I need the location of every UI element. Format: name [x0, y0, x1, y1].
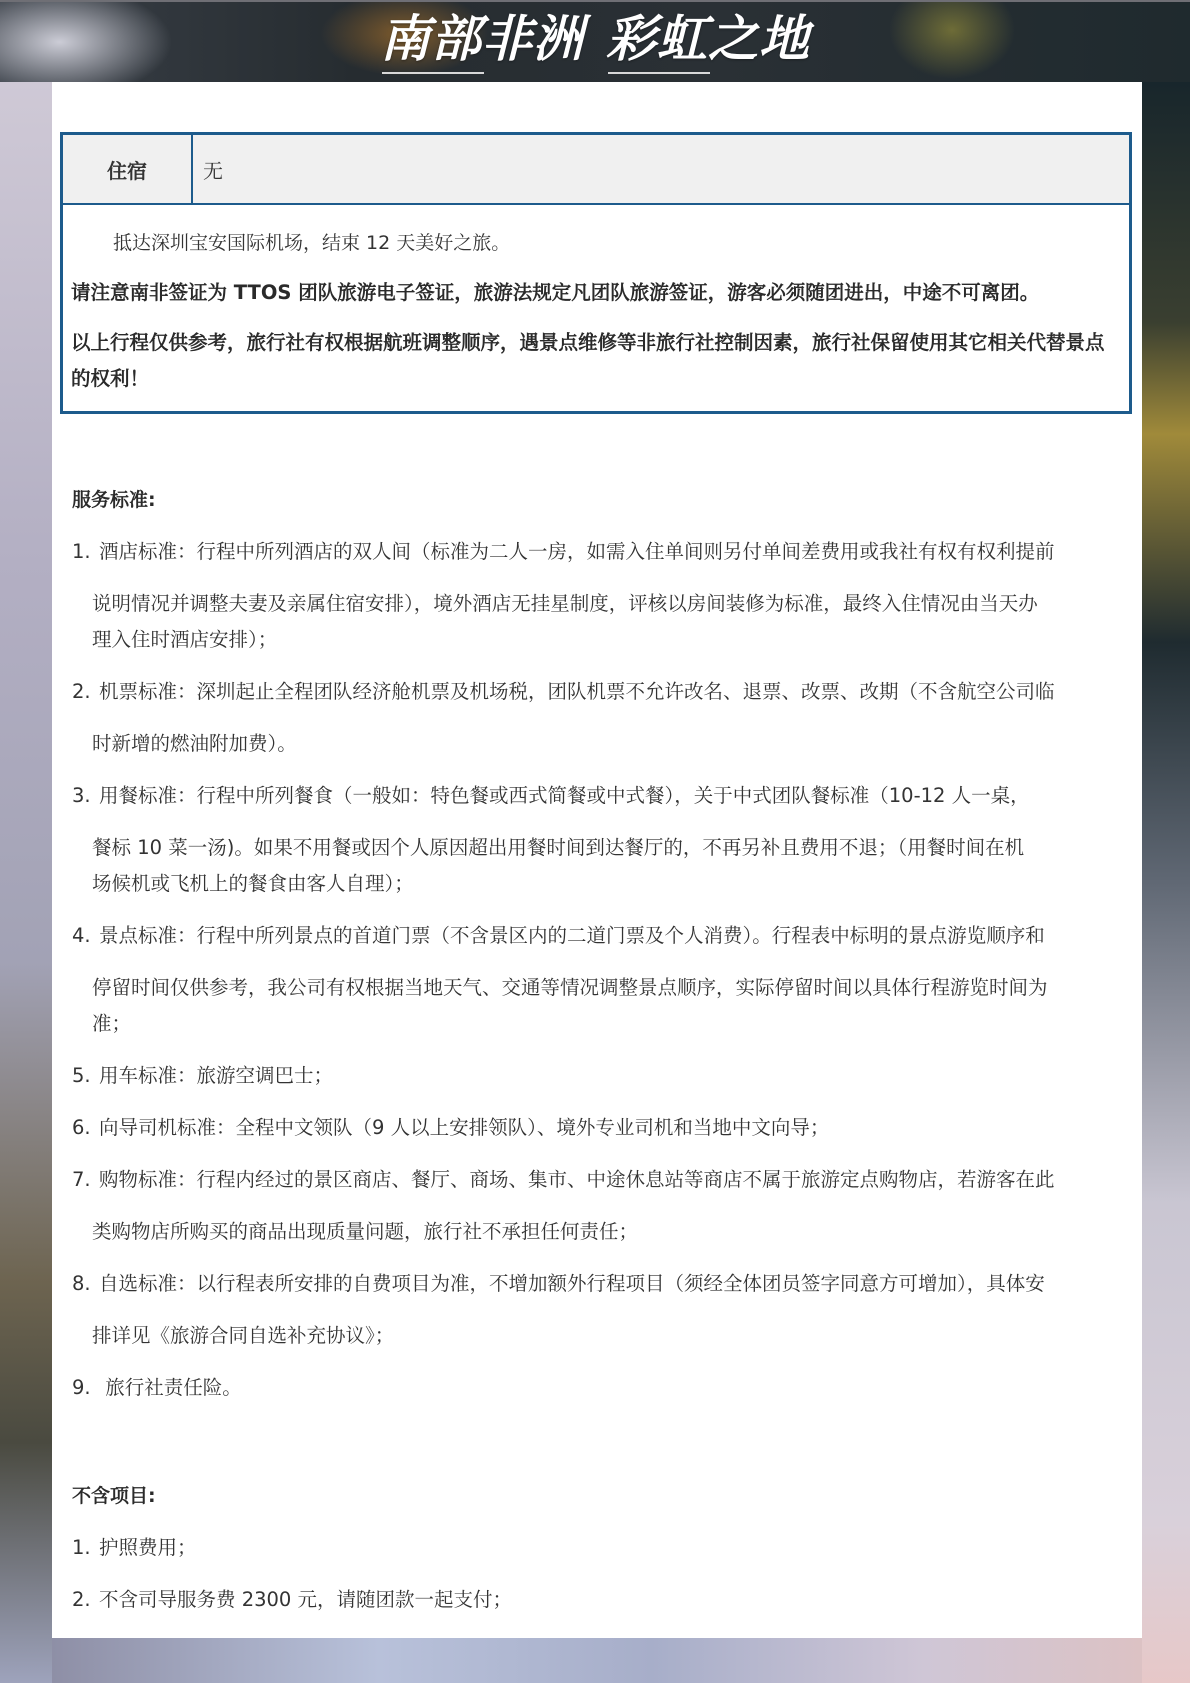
service-item-hotel: 1.酒店标准：行程中所列酒店的双人间（标准为二人一房，如需入住单间则另付单间差费… [72, 534, 1124, 658]
accommodation-label: 住宿 [63, 135, 193, 203]
list-line: 1.酒店标准：行程中所列酒店的双人间（标准为二人一房，如需入住单间则另付单间差费… [72, 534, 1124, 570]
table-header-row: 住宿 无 [63, 135, 1129, 205]
list-line: 5.用车标准：旅游空调巴士； [72, 1058, 1124, 1094]
list-line: 6.向导司机标准：全程中文领队（9 人以上安排领队）、境外专业司机和当地中文向导… [72, 1110, 1124, 1146]
accommodation-table: 住宿 无 抵达深圳宝安国际机场，结束 12 天美好之旅。 请注意南非签证为 TT… [60, 132, 1132, 414]
list-line: 排详见《旅游合同自选补充协议》； [72, 1318, 1124, 1354]
list-line: 2.机票标准：深圳起止全程团队经济舱机票及机场税，团队机票不允许改名、退票、改票… [72, 674, 1124, 710]
service-item-flight: 2.机票标准：深圳起止全程团队经济舱机票及机场税，团队机票不允许改名、退票、改票… [72, 674, 1124, 762]
service-standards-heading: 服务标准: [72, 482, 1124, 518]
list-line: 餐标 10 菜一汤)。如果不用餐或因个人原因超出用餐时间到达餐厅的，不再另补且费… [72, 830, 1124, 866]
arrival-note: 抵达深圳宝安国际机场，结束 12 天美好之旅。 [71, 225, 1121, 261]
list-line: 准； [72, 1006, 1124, 1042]
accommodation-value: 无 [193, 135, 1129, 203]
background-image-bottom [52, 1638, 1142, 1683]
service-item-attractions: 4.景点标准：行程中所列景点的首道门票（不含景区内的二道门票及个人消费）。行程表… [72, 918, 1124, 1042]
list-line: 说明情况并调整夫妻及亲属住宿安排），境外酒店无挂星制度，评核以房间装修为标准，最… [72, 586, 1124, 622]
list-line: 时新增的燃油附加费）。 [72, 726, 1124, 762]
background-image-left [0, 82, 52, 1683]
service-item-guide: 6.向导司机标准：全程中文领队（9 人以上安排领队）、境外专业司机和当地中文向导… [72, 1110, 1124, 1146]
title-underline [608, 72, 710, 74]
itinerary-disclaimer: 以上行程仅供参考，旅行社有权根据航班调整顺序，遇景点维修等非旅行社控制因素，旅行… [71, 325, 1121, 397]
excluded-item-service-fee: 2.不含司导服务费 2300 元，请随团款一起支付； [72, 1582, 1124, 1618]
list-line: 2.不含司导服务费 2300 元，请随团款一起支付； [72, 1582, 1124, 1618]
list-line: 4.景点标准：行程中所列景点的首道门票（不含景区内的二道门票及个人消费）。行程表… [72, 918, 1124, 954]
title-text-rainbow-land: 彩虹之地 [606, 9, 810, 68]
service-item-shopping: 7.购物标准：行程内经过的景区商店、餐厅、商场、集市、中途休息站等商店不属于旅游… [72, 1162, 1124, 1250]
service-item-meals: 3.用餐标准：行程中所列餐食（一般如：特色餐或西式简餐或中式餐），关于中式团队餐… [72, 778, 1124, 902]
visa-notice: 请注意南非签证为 TTOS 团队旅游电子签证，旅游法规定凡团队旅游签证，游客必须… [71, 275, 1121, 311]
title-text-southern-africa: 南部非洲 [380, 9, 584, 68]
page-title: 南部非洲 彩虹之地 [0, 4, 1190, 74]
service-item-optional: 8.自选标准：以行程表所安排的自费项目为准，不增加额外行程项目（须经全体团员签字… [72, 1266, 1124, 1354]
excluded-items-heading: 不含项目: [72, 1478, 1124, 1514]
service-item-insurance: 9. 旅行社责任险。 [72, 1370, 1124, 1406]
list-line: 停留时间仅供参考，我公司有权根据当地天气、交通等情况调整景点顺序，实际停留时间以… [72, 970, 1124, 1006]
list-line: 8.自选标准：以行程表所安排的自费项目为准，不增加额外行程项目（须经全体团员签字… [72, 1266, 1124, 1302]
list-line: 1.护照费用； [72, 1530, 1124, 1566]
title-part-1: 南部非洲 [380, 4, 584, 74]
list-line: 类购物店所购买的商品出现质量问题，旅行社不承担任何责任； [72, 1214, 1124, 1250]
service-item-vehicle: 5.用车标准：旅游空调巴士； [72, 1058, 1124, 1094]
list-line: 9. 旅行社责任险。 [72, 1370, 1124, 1406]
list-line: 3.用餐标准：行程中所列餐食（一般如：特色餐或西式简餐或中式餐），关于中式团队餐… [72, 778, 1124, 814]
background-image-right [1142, 82, 1190, 1683]
title-part-2: 彩虹之地 [606, 4, 810, 74]
excluded-item-passport: 1.护照费用； [72, 1530, 1124, 1566]
table-body: 抵达深圳宝安国际机场，结束 12 天美好之旅。 请注意南非签证为 TTOS 团队… [63, 205, 1129, 411]
title-underline [382, 72, 484, 74]
terms-content: 服务标准: 1.酒店标准：行程中所列酒店的双人间（标准为二人一房，如需入住单间则… [72, 482, 1124, 1634]
list-line: 场候机或飞机上的餐食由客人自理）； [72, 866, 1124, 902]
content-card: 住宿 无 抵达深圳宝安国际机场，结束 12 天美好之旅。 请注意南非签证为 TT… [52, 82, 1142, 1638]
list-line: 7.购物标准：行程内经过的景区商店、餐厅、商场、集市、中途休息站等商店不属于旅游… [72, 1162, 1124, 1198]
list-line: 理入住时酒店安排）； [72, 622, 1124, 658]
